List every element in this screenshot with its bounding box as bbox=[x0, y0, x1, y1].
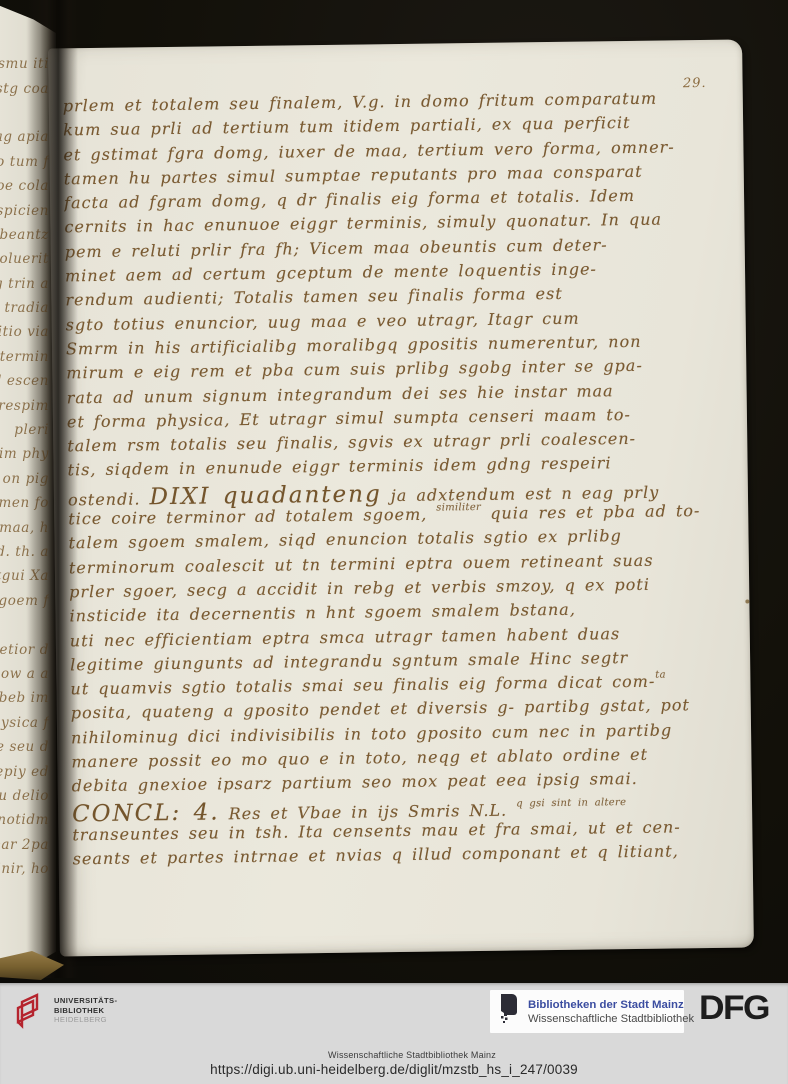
ub-books-icon bbox=[13, 991, 45, 1036]
verso-fragment: igoe cola bbox=[0, 174, 49, 198]
verso-fragment: on pig bbox=[0, 467, 49, 491]
verso-fragment: au delio bbox=[0, 784, 49, 808]
verso-fragment: maa, h bbox=[0, 515, 49, 539]
footer-caption: Wissenschaftliche Stadtbibliothek Mainz bbox=[0, 1050, 788, 1060]
verso-fragment: a repiy ed bbox=[0, 759, 49, 783]
verso-fragment: pleri bbox=[0, 418, 49, 442]
verso-fragment: lear 2pa bbox=[0, 833, 49, 857]
mainz-badge-line2: Wissenschaftliche Stadtbibliothek bbox=[528, 1012, 694, 1026]
verso-fragment: aptismu iti bbox=[0, 52, 49, 76]
verso-fragment: physica f bbox=[0, 711, 49, 735]
verso-fragment: dinir, ho bbox=[0, 857, 49, 881]
ub-logo-text: UNIVERSITÄTS- BIBLIOTHEK HEIDELBERG bbox=[54, 991, 117, 1025]
verso-fragment bbox=[0, 101, 49, 125]
manuscript-text-block: prlem et totalem seu finalem, V.g. in do… bbox=[63, 88, 725, 886]
dfg-logo: DFG bbox=[699, 989, 769, 1028]
ub-logo-line1: UNIVERSITÄTS- bbox=[54, 996, 117, 1006]
verso-fragment: estg coa bbox=[0, 76, 49, 100]
verso-page-edge: aptismu itiestg coaag apiacio tum figoe … bbox=[0, 0, 56, 976]
footer-url: https://digi.ub.uni-heidelberg.de/diglit… bbox=[0, 1062, 788, 1077]
verso-fragment: fretior d bbox=[0, 637, 49, 661]
verso-fragment: determin bbox=[0, 345, 49, 369]
verso-fragment: d. th. a bbox=[0, 540, 49, 564]
footer-bar: UNIVERSITÄTS- BIBLIOTHEK HEIDELBERG bbox=[0, 983, 788, 1084]
verso-fragment: low a a bbox=[0, 662, 49, 686]
mainz-badge-line1: Bibliotheken der Stadt Mainz bbox=[528, 998, 694, 1012]
verso-fragments: aptismu itiestg coaag apiacio tum figoe … bbox=[0, 52, 49, 881]
ub-logo-line3: HEIDELBERG bbox=[54, 1015, 117, 1025]
ub-logo-line2: BIBLIOTHEK bbox=[54, 1006, 117, 1016]
verso-fragment: u tradia bbox=[0, 296, 49, 320]
verso-fragment: gegoem f bbox=[0, 589, 49, 613]
verso-fragment: ze seu d bbox=[0, 735, 49, 759]
verso-fragment: cio tum f bbox=[0, 150, 49, 174]
page-speck bbox=[745, 599, 749, 603]
verso-fragment: g trin a bbox=[0, 272, 49, 296]
verso-fragment: na suspicien bbox=[0, 198, 49, 222]
ub-heidelberg-logo: UNIVERSITÄTS- BIBLIOTHEK HEIDELBERG bbox=[13, 991, 117, 1036]
verso-fragment: beb im bbox=[0, 686, 49, 710]
mainz-badge-text: Bibliotheken der Stadt Mainz Wissenschaf… bbox=[528, 998, 694, 1026]
verso-fragment: tamen fo bbox=[0, 491, 49, 515]
verso-fragment: im phy bbox=[0, 442, 49, 466]
manuscript-page: 29. prlem et totalem seu finalem, V.g. i… bbox=[48, 39, 754, 956]
verso-fragment: v, noluerit bbox=[0, 247, 49, 271]
verso-fragment: ag apia bbox=[0, 125, 49, 149]
verso-fragment: tgui Xa bbox=[0, 564, 49, 588]
verso-fragment: rhabeantz bbox=[0, 223, 49, 247]
mainz-library-badge: Bibliotheken der Stadt Mainz Wissenschaf… bbox=[490, 990, 684, 1033]
mainz-book-icon bbox=[498, 993, 520, 1030]
verso-fragment bbox=[0, 613, 49, 637]
verso-fragment: a notidm bbox=[0, 808, 49, 832]
verso-fragment: gprespim bbox=[0, 393, 49, 417]
digitization-frame: aptismu itiestg coaag apiacio tum figoe … bbox=[0, 0, 788, 1084]
verso-fragment: ditio via bbox=[0, 320, 49, 344]
verso-fragment: uid escen bbox=[0, 369, 49, 393]
